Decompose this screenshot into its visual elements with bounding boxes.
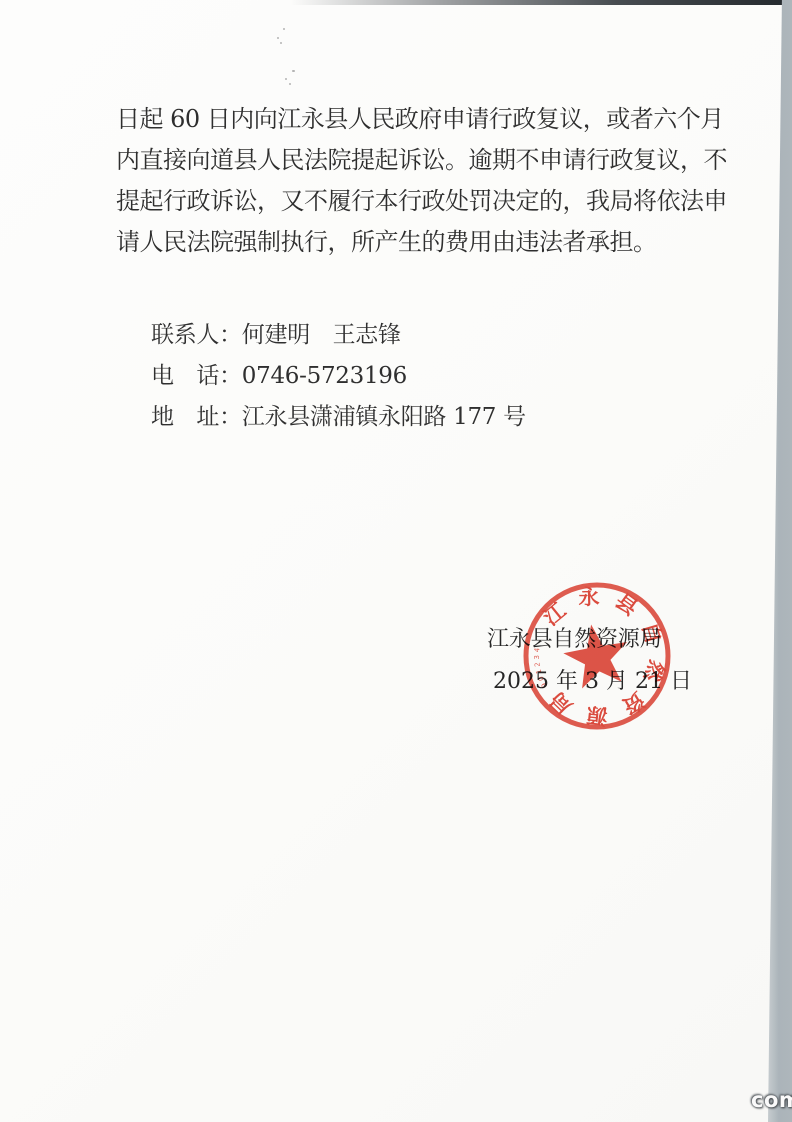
contact-person-line: 联系人：何建明 王志锋 <box>151 317 631 358</box>
scan-noise-speck <box>292 70 295 72</box>
scan-noise-speck <box>289 83 291 85</box>
watermark-text: com <box>751 1088 792 1112</box>
paragraph-line-1: 日起 60 日内向江永县人民政府申请行政复议，或者六个月 <box>116 101 696 142</box>
contact-phone-line: 电 话：0746-5723196 <box>151 358 631 399</box>
contact-block: 联系人：何建明 王志锋 电 话：0746-5723196 地 址：江永县潇浦镇永… <box>151 317 631 440</box>
official-seal: 江永县自然资源局 901234 <box>517 576 677 736</box>
scan-noise-speck <box>280 42 282 44</box>
svg-text:901234: 901234 <box>533 645 549 689</box>
official-seal-graphic: 江永县自然资源局 901234 <box>517 576 677 736</box>
scanned-document-page: 日起 60 日内向江永县人民政府申请行政复议，或者六个月 内直接向道县人民法院提… <box>0 0 792 1122</box>
scan-top-edge-shadow <box>290 0 792 5</box>
scan-noise-speck <box>277 37 279 39</box>
seal-code-digits: 901234 <box>533 645 549 689</box>
paragraph-line-4: 请人民法院强制执行，所产生的费用由违法者承担。 <box>116 224 696 265</box>
scanner-background-strip <box>768 0 792 1122</box>
scan-noise-speck <box>285 78 287 80</box>
body-paragraph: 日起 60 日内向江永县人民政府申请行政复议，或者六个月 内直接向道县人民法院提… <box>116 101 696 265</box>
paragraph-line-3: 提起行政诉讼，又不履行本行政处罚决定的，我局将依法申 <box>116 183 696 224</box>
paragraph-line-2: 内直接向道县人民法院提起诉讼。逾期不申请行政复议，不 <box>116 142 696 183</box>
seal-star <box>559 619 633 691</box>
contact-address-line: 地 址：江永县潇浦镇永阳路 177 号 <box>151 399 631 440</box>
scan-noise-speck <box>283 28 285 30</box>
